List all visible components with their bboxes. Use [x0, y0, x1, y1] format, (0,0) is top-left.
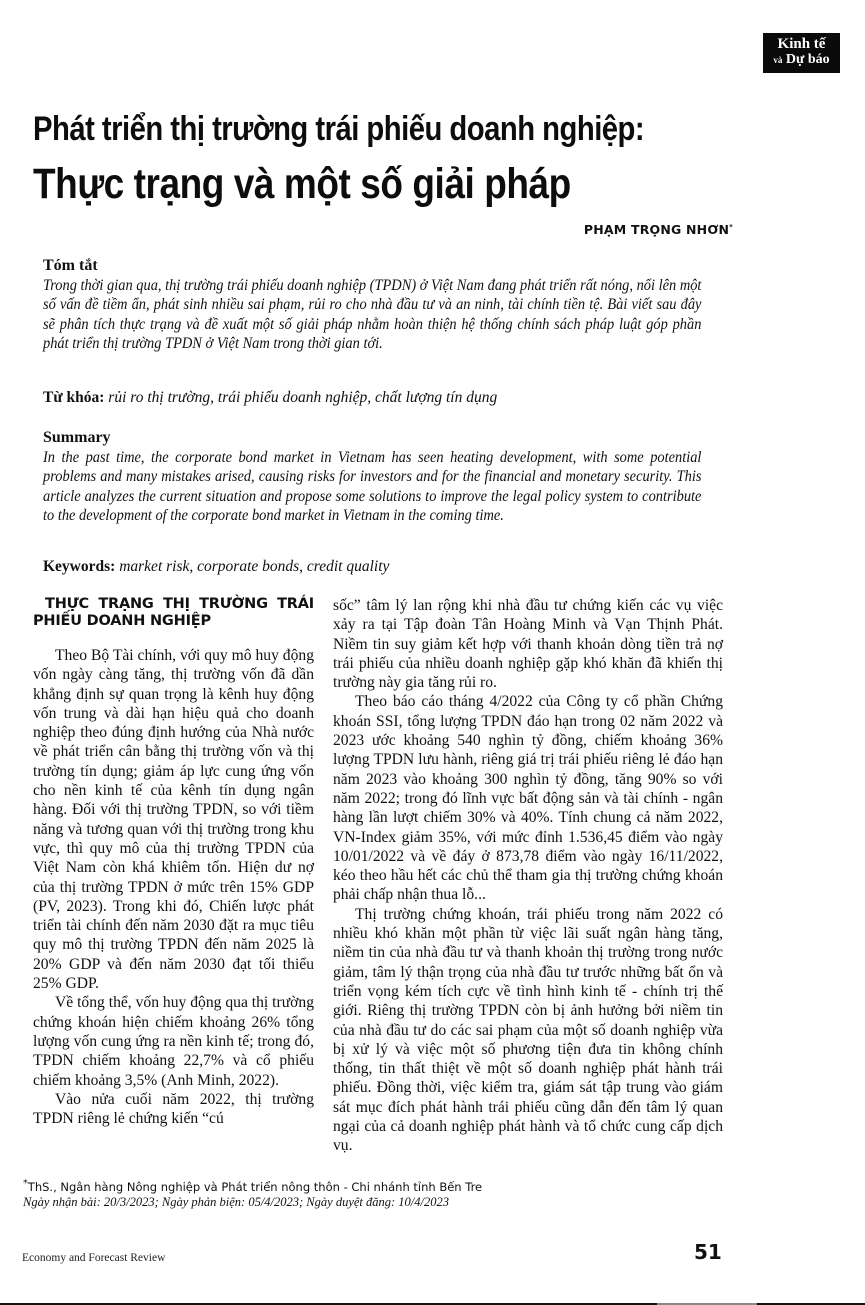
article-title-line-2: Thực trạng và một số giải pháp — [33, 160, 571, 209]
section-heading: THỰC TRẠNG THỊ TRƯỜNG TRÁI PHIẾU DOANH N… — [33, 596, 314, 630]
author-name: PHẠM TRỌNG NHƠN* — [584, 222, 733, 237]
paragraph: Về tổng thể, vốn huy động qua thị trường… — [33, 993, 314, 1089]
keywords-en-value: market risk, corporate bonds, credit qua… — [119, 558, 389, 575]
paragraph: Theo báo cáo tháng 4/2022 của Công ty cổ… — [333, 692, 723, 904]
journal-logo-badge: Kinh tế và Dự báo — [763, 33, 840, 73]
page-number: 51 — [694, 1240, 722, 1264]
footnote-dates: Ngày nhận bài: 20/3/2023; Ngày phản biện… — [23, 1195, 583, 1210]
keywords-en-label: Keywords: — [43, 558, 115, 575]
keywords-vi-label: Từ khóa: — [43, 389, 104, 406]
paragraph: sốc” tâm lý lan rộng khi nhà đầu tư chứn… — [333, 596, 723, 692]
paragraph: Thị trường chứng khoán, trái phiếu trong… — [333, 905, 723, 1156]
abstract-vietnamese: Tóm tắt Trong thời gian qua, thị trường … — [43, 256, 703, 354]
keywords-english: Keywords: market risk, corporate bonds, … — [43, 557, 703, 577]
keywords-vietnamese: Từ khóa: rủi ro thị trường, trái phiếu d… — [43, 388, 703, 408]
article-title-line-1: Phát triển thị trường trái phiếu doanh n… — [33, 110, 644, 149]
abstract-vi-text: Trong thời gian qua, thị trường trái phi… — [43, 276, 701, 354]
abstract-english: Summary In the past time, the corporate … — [43, 428, 703, 526]
paragraph: Theo Bộ Tài chính, với quy mô huy động v… — [33, 646, 314, 993]
paragraph: Vào nửa cuối năm 2022, thị trường TPDN r… — [33, 1090, 314, 1129]
badge-line-2: và Dự báo — [763, 52, 840, 68]
abstract-en-heading: Summary — [43, 428, 703, 448]
author-footnote: *ThS., Ngân hàng Nông nghiệp và Phát tri… — [23, 1176, 583, 1210]
keywords-vi-value: rủi ro thị trường, trái phiếu doanh nghi… — [108, 389, 497, 406]
footnote-affiliation: *ThS., Ngân hàng Nông nghiệp và Phát tri… — [23, 1180, 482, 1194]
abstract-vi-heading: Tóm tắt — [43, 256, 703, 276]
body-column-right: sốc” tâm lý lan rộng khi nhà đầu tư chứn… — [333, 596, 723, 1156]
journal-name-footer: Economy and Forecast Review — [22, 1252, 165, 1264]
badge-line-1: Kinh tế — [763, 37, 840, 52]
body-column-left: THỰC TRẠNG THỊ TRƯỜNG TRÁI PHIẾU DOANH N… — [33, 596, 314, 1128]
abstract-en-text: In the past time, the corporate bond mar… — [43, 448, 701, 526]
